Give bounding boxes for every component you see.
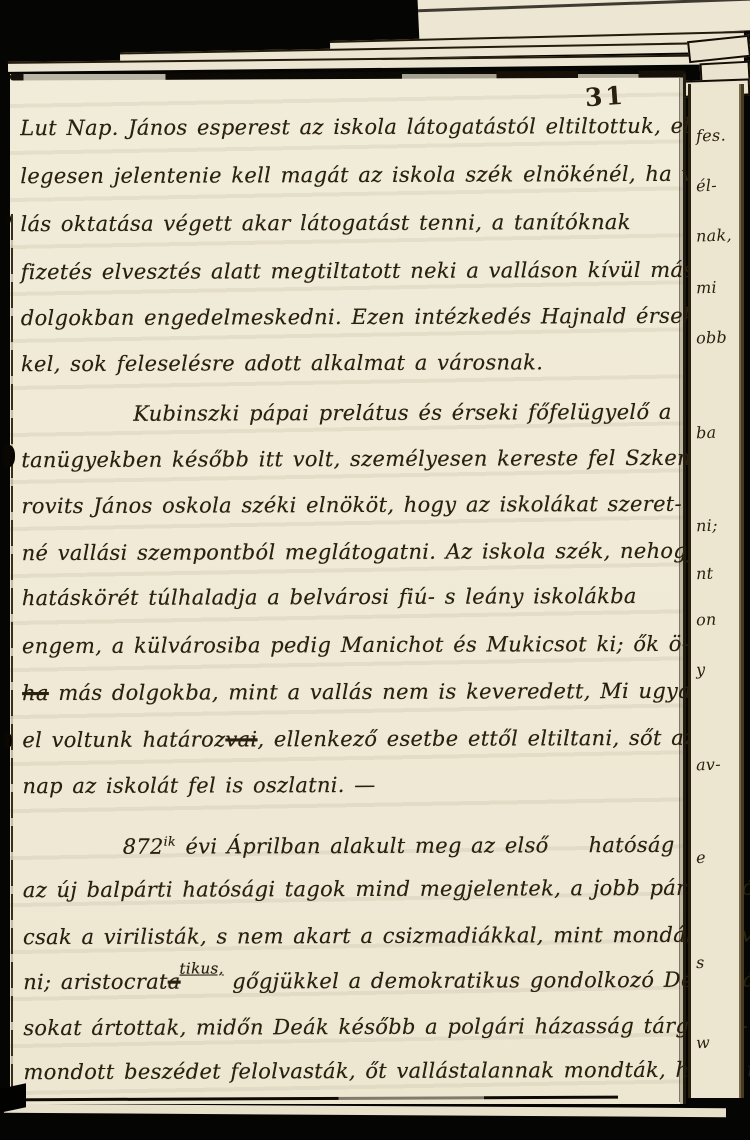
handwritten-line: kel, sok feleselésre adott alkalmat a vá… [21,347,543,379]
handwritten-text: sokat ártottak, midőn Deák később a polg… [23,1014,748,1041]
edge-text-fragment: nak, [696,225,732,245]
handwritten-text: gőgjükkel a demokratikus gondolkozó Deák… [223,967,750,993]
page-left-edge-line [11,214,13,1088]
handwritten-text: rovits János oskola széki elnököt, hogy … [21,492,681,518]
handwritten-text: évi Áprilban alakult meg az első [176,833,549,858]
edge-text-fragment: y [696,660,706,679]
handwritten-text: 872 [123,835,164,859]
ink-blot-left-2 [3,733,12,748]
handwritten-text: ni; aristocrat [23,970,168,995]
manuscript-photo: 31 Lut Nap. János esperest az iskola lát… [0,0,750,1140]
handwritten-line: ni; aristocratatikus, gőgjükkel a demokr… [23,964,750,999]
edge-text-fragment: e [696,848,706,867]
handwritten-text: el voltunk határoz [22,727,225,752]
handwritten-text: ik [164,834,176,849]
under-page-bottom-sliver [4,1104,726,1117]
handwritten-line: dolgokban engedelmeskedni. Ezen intézked… [21,301,703,333]
edge-text-fragment: ni; [696,516,718,536]
handwritten-line: csak a virilisták, s nem akart a csizmad… [23,919,750,952]
handwritten-line: Lut Nap. János esperest az iskola látoga… [20,111,711,143]
edge-text-fragment: w [696,1033,711,1052]
handwritten-text: lás oktatása végett akar látogatást tenn… [20,210,630,236]
handwritten-line: tanügyekben később itt volt, személyesen… [21,443,725,475]
handwritten-line: 872ik évi Áprilban alakult meg az elsőha… [123,825,675,862]
edge-text-fragment: obb [696,327,728,347]
handwritten-line: ha más dolgokba, mint a vallás nem is ke… [22,676,705,708]
handwritten-line: fizetés elvesztés alatt megtiltatott nek… [21,255,695,287]
ink-blot-left-3 [5,214,11,224]
edge-text-fragment: s [696,953,705,972]
handwritten-text: hatóság [589,833,675,857]
handwritten-text: az új balpárti hatósági tagok mind megje… [23,876,750,903]
edge-text-fragment: él- [696,176,718,196]
handwritten-line: el voltunk határozvai, ellenkező esetbe … [22,723,695,755]
handwritten-line: engem, a külvárosiba pedig Manichot és M… [22,629,689,661]
handwritten-text: tanügyekben később itt volt, személyesen… [21,446,724,472]
handwritten-text: né vallási szempontból meglátogatni. Az … [22,539,700,565]
page-top-edge [10,71,686,81]
handwritten-line: sokat ártottak, midőn Deák később a polg… [23,1011,748,1044]
edge-text-fragment: ba [696,423,717,443]
handwritten-text: engem, a külvárosiba pedig Manichot és M… [22,632,689,658]
handwritten-line: Kubinszki pápai prelátus és érseki főfel… [133,397,672,429]
struck-text: vai [225,727,257,751]
handwritten-line: mondott beszédet felolvasták, őt vallást… [23,1055,750,1088]
ink-blot-left-1 [2,445,15,467]
handwritten-line: hatáskörét túlhaladja a belvárosi fiú- s… [22,581,637,613]
handwritten-line: rovits János oskola széki elnököt, hogy … [21,489,682,521]
edge-text-fragment: fes. [696,125,727,145]
handwritten-text: legesen jelentenie kell magát az iskola … [20,162,721,188]
handwritten-line: legesen jelentenie kell magát az iskola … [20,159,721,191]
handwritten-text: fizetés elvesztés alatt megtiltatott nek… [21,258,695,284]
edge-text-fragment: nt [696,564,714,584]
edge-text-fragment: av- [696,755,722,775]
handwritten-text: nap az iskolát fel is oszlatni. — [22,773,375,798]
handwritten-text: hatáskörét túlhaladja a belvárosi fiú- s… [22,584,637,610]
handwritten-text: mondott beszédet felolvasták, őt vallást… [23,1058,750,1085]
sheet-crease-line [418,0,750,12]
page-number: 31 [584,81,627,113]
handwritten-line: né vallási szempontból meglátogatni. Az … [22,536,700,568]
handwritten-text: , ellenkező esetbe ettől eltiltani, sőt … [257,726,695,752]
manuscript-page: 31 Lut Nap. János esperest az iskola lát… [10,74,686,1104]
handwritten-text: kel, sok feleselésre adott alkalmat a vá… [21,350,543,376]
edge-text-fragment: mi [696,278,718,298]
handwritten-line: az új balpárti hatósági tagok mind megje… [23,873,750,906]
handwritten-line: lás oktatása végett akar látogatást tenn… [20,207,630,239]
handwritten-line: nap az iskolát fel is oszlatni. — [22,770,375,801]
handwritten-text: Kubinszki pápai prelátus és érseki főfel… [133,400,672,426]
edge-text-fragment: on [696,610,717,630]
underlying-page-strip: fes.él-nak,miobbbani;ntonyav-esw [688,84,744,1098]
struck-text: ha [22,681,49,705]
handwritten-text: más dolgokba, mint a vallás nem is kever… [49,679,705,705]
handwritten-text: Lut Nap. János esperest az iskola látoga… [20,114,711,140]
page-bottom-edge-line [10,1096,618,1102]
inserted-text: tikus, [179,953,223,983]
handwritten-text: csak a virilisták, s nem akart a csizmad… [23,922,750,949]
handwritten-text: dolgokban engedelmeskedni. Ezen intézked… [21,304,703,330]
